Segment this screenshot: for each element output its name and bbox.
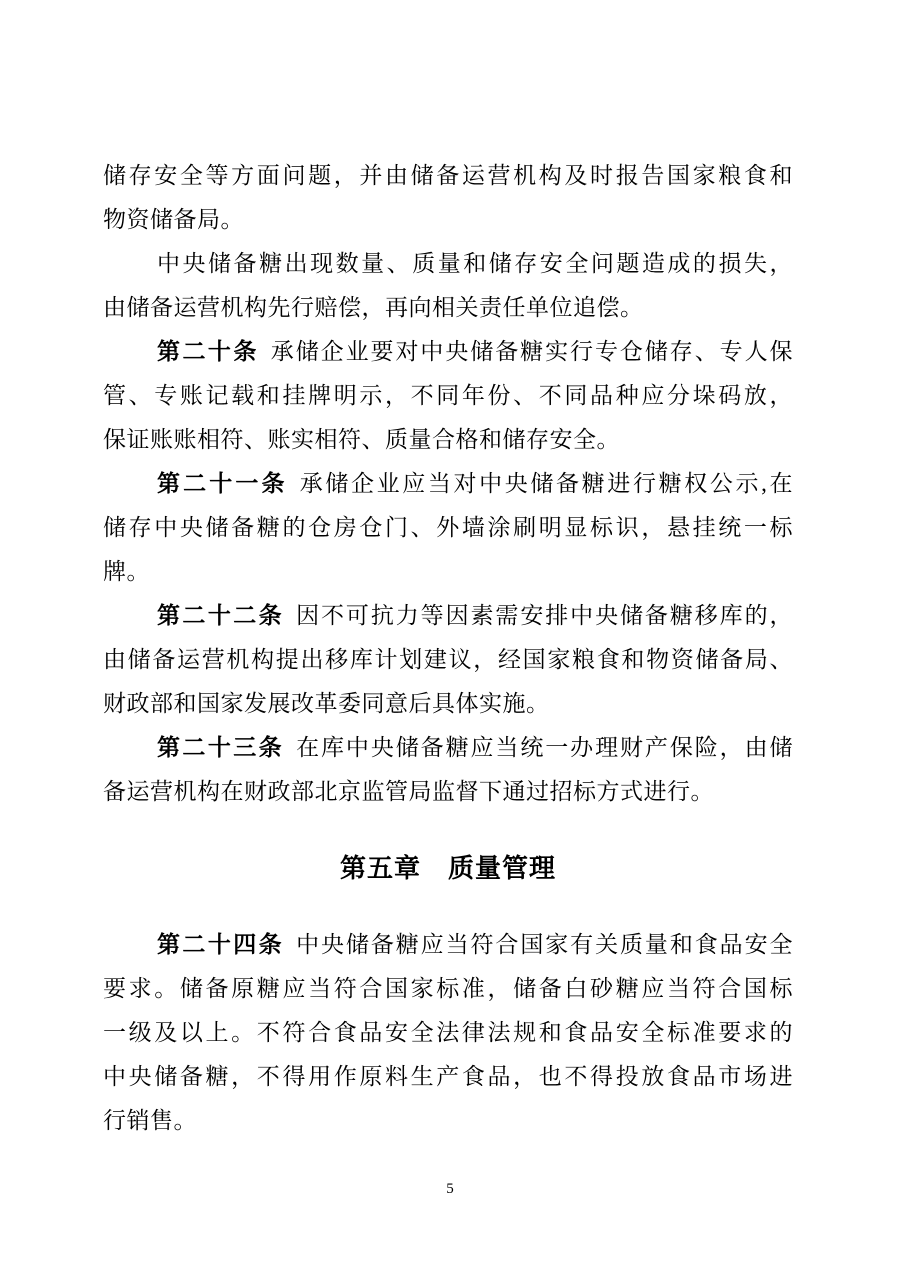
text-line: 第二十条承储企业要对中央储备糖实行专仓储存、专人保 [103,330,793,374]
text-line: 管、专账记载和挂牌明示，不同年份、不同品种应分垛码放， [103,374,793,418]
text-line: 备运营机构在财政部北京监管局监督下通过招标方式进行。 [103,770,793,814]
text-line: 牌。 [103,550,793,594]
page-number: 5 [0,1178,900,1200]
text-line: 第二十三条在库中央储备糖应当统一办理财产保险，由储 [103,726,793,770]
article-number: 第二十四条 [157,932,284,957]
article-number: 第二十三条 [157,735,284,760]
chapter-heading: 第五章 质量管理 [103,847,793,891]
text-line: 由储备运营机构先行赔偿，再向相关责任单位追偿。 [103,286,793,330]
document-body: 储存安全等方面问题，并由储备运营机构及时报告国家粮食和物资储备局。中央储备糖出现… [103,154,793,1143]
text-line: 中央储备糖出现数量、质量和储存安全问题造成的损失， [103,242,793,286]
article-number: 第二十一条 [157,471,288,496]
text-line: 储存中央储备糖的仓房仓门、外墙涂刷明显标识，悬挂统一标 [103,506,793,550]
text-line: 行销售。 [103,1099,793,1143]
text-line: 物资储备局。 [103,198,793,242]
article-number: 第二十条 [157,339,259,364]
text-line: 第二十四条中央储备糖应当符合国家有关质量和食品安全 [103,923,793,967]
document-page: 储存安全等方面问题，并由储备运营机构及时报告国家粮食和物资储备局。中央储备糖出现… [0,0,900,1273]
text-line: 要求。储备原糖应当符合国家标准，储备白砂糖应当符合国标 [103,967,793,1011]
text-line: 第二十二条因不可抗力等因素需安排中央储备糖移库的， [103,594,793,638]
text-line: 储存安全等方面问题，并由储备运营机构及时报告国家粮食和 [103,154,793,198]
text-line: 保证账账相符、账实相符、质量合格和储存安全。 [103,418,793,462]
text-line: 第二十一条承储企业应当对中央储备糖进行糖权公示,在 [103,462,793,506]
text-line: 由储备运营机构提出移库计划建议，经国家粮食和物资储备局、 [103,638,793,682]
text-line: 财政部和国家发展改革委同意后具体实施。 [103,682,793,726]
text-line: 一级及以上。不符合食品安全法律法规和食品安全标准要求的 [103,1011,793,1055]
article-number: 第二十二条 [157,603,284,628]
text-line: 中央储备糖，不得用作原料生产食品，也不得投放食品市场进 [103,1055,793,1099]
